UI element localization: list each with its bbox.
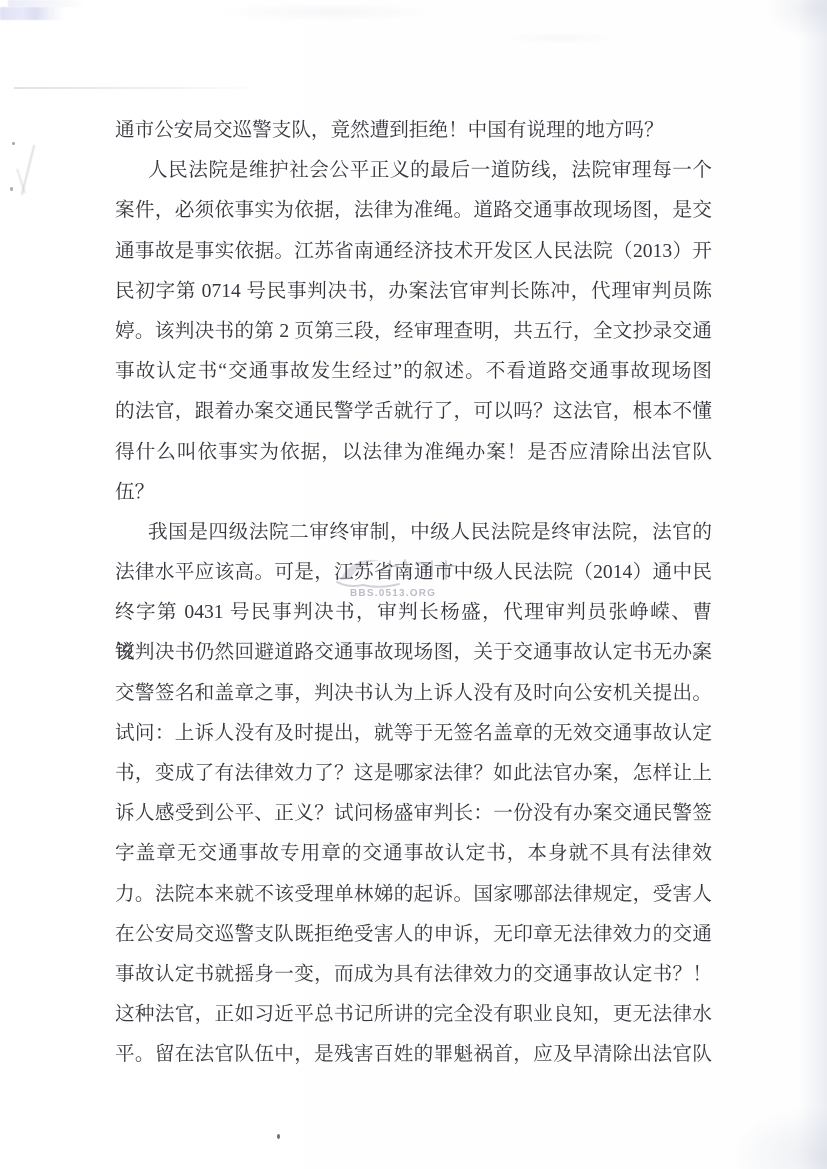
text-line: 通市公安局交巡警支队，竟然遭到拒绝！中国有说理的地方吗？ [115, 111, 712, 151]
ink-speck [12, 142, 15, 145]
stamp-smudge-artifact [8, 0, 84, 7]
text-line: 书，变成了有法律效力了？这是哪家法律？如此法官办案，怎样让上 [115, 754, 712, 794]
ink-speck [10, 187, 13, 191]
scanned-page: BBS.0513.ORG 通市公安局交巡警支队，竟然遭到拒绝！中国有说理的地方吗… [0, 0, 827, 1169]
document-lines: 通市公安局交巡警支队，竟然遭到拒绝！中国有说理的地方吗？人民法院是维护社会公平正… [115, 111, 712, 1076]
text-line: 这种法官，正如习近平总书记所讲的完全没有职业良知，更无法律水 [115, 995, 712, 1035]
text-line: 得什么叫依事实为依据，以法律为准绳办案！是否应清除出法官队 [115, 433, 712, 473]
text-line: 法律水平应该高。可是，江苏省南通市中级人民法院（2014）通中民 [115, 553, 712, 593]
text-line: 民初字第 0714 号民事判决书，办案法官审判长陈冲，代理审判员陈 [115, 272, 712, 312]
text-line: 交警签名和盖章之事，判决书认为上诉人没有及时向公安机关提出。 [115, 674, 712, 714]
text-line: 在公安局交巡警支队既拒绝受害人的申诉，无印章无法律效力的交通 [115, 915, 712, 955]
scan-line-artifact [14, 87, 262, 89]
text-line: 平。留在法官队伍中，是残害百姓的罪魁祸首，应及早清除出法官队 [115, 1035, 712, 1075]
text-line: 力。法院本来就不该受理单林娣的起诉。国家哪部法律规定，受害人 [115, 875, 712, 915]
text-line: 通事故是事实依据。江苏省南通经济技术开发区人民法院（2013）开 [115, 232, 712, 272]
text-line: 事故认定书“交通事故发生经过”的叙述。不看道路交通事故现场图 [115, 352, 712, 392]
document-body: 通市公安局交巡警支队，竟然遭到拒绝！中国有说理的地方吗？人民法院是维护社会公平正… [115, 111, 712, 1076]
text-line: 终字第 0431 号民事判决书，审判长杨盛，代理审判员张峥嵘、曹锐。 [115, 593, 712, 633]
text-line: 字盖章无交通事故专用章的交通事故认定书，本身就不具有法律效 [115, 834, 712, 874]
text-line: 我国是四级法院二审终审制，中级人民法院是终审法院，法官的 [115, 513, 712, 553]
text-line: 人民法院是维护社会公平正义的最后一道防线，法院审理每一个 [115, 151, 712, 191]
text-line: 事故认定书就摇身一变，而成为具有法律效力的交通事故认定书？！ [115, 955, 712, 995]
text-line: 的法官，跟着办案交通民警学舌就行了，可以吗？这法官，根本不懂 [115, 392, 712, 432]
text-line: 诉人感受到公平、正义？试问杨盛审判长：一份没有办案交通民警签 [115, 794, 712, 834]
text-line: 试问：上诉人没有及时提出，就等于无签名盖章的无效交通事故认定 [115, 714, 712, 754]
ink-dot [277, 1134, 280, 1139]
text-line: 该判决书仍然回避道路交通事故现场图，关于交通事故认定书无办案 [115, 633, 712, 673]
text-line: 婷。该判决书的第 2 页第三段，经审理查明，共五行，全文抄录交通 [115, 312, 712, 352]
stamp-smudge-artifact [0, 7, 64, 20]
text-line: 案件，必须依事实为依据，法律为准绳。道路交通事故现场图，是交 [115, 191, 712, 231]
text-line: 伍？ [115, 473, 712, 513]
